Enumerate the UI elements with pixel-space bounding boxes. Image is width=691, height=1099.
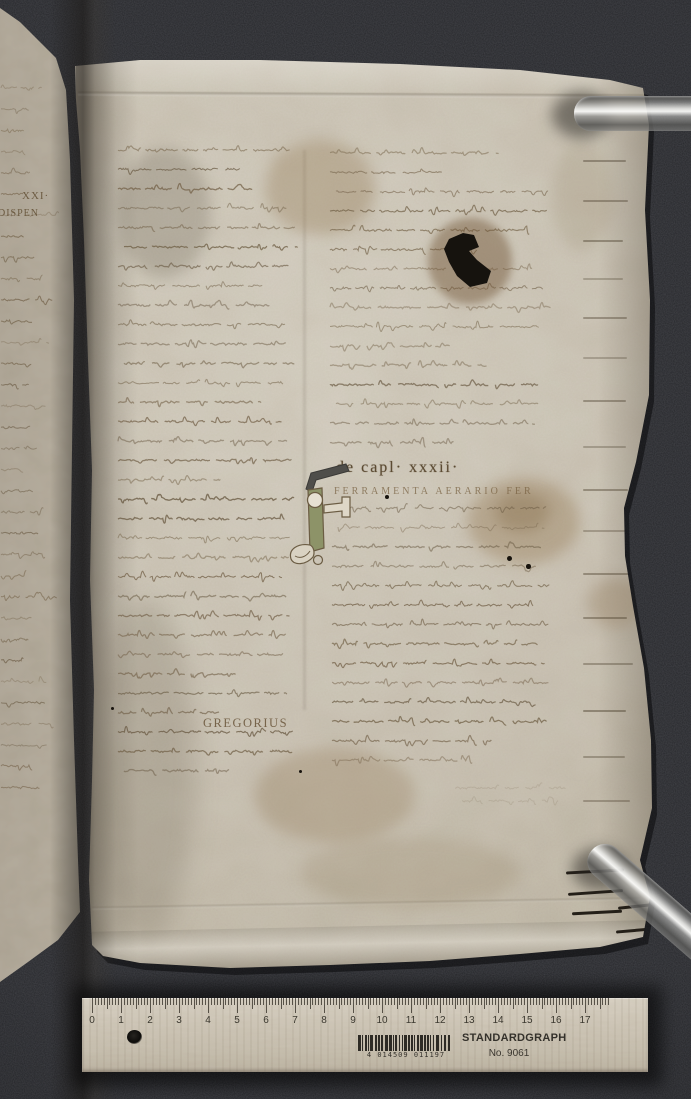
barcode-bar bbox=[365, 1035, 367, 1051]
ruler-number: 7 bbox=[286, 1015, 304, 1026]
facing-text-line bbox=[1, 723, 53, 728]
facing-text-line bbox=[1, 552, 45, 559]
ink-dots bbox=[0, 0, 691, 1099]
barcode-bar bbox=[411, 1035, 413, 1051]
ruler-number: 12 bbox=[431, 1015, 449, 1026]
barcode-bar bbox=[441, 1035, 442, 1051]
ink-dot bbox=[385, 495, 389, 499]
barcode-bar bbox=[427, 1035, 429, 1051]
barcode-bar bbox=[436, 1035, 439, 1051]
facing-text-line bbox=[1, 446, 37, 449]
facing-text-line bbox=[1, 638, 28, 642]
facing-text-line bbox=[1, 193, 23, 194]
facing-text-line bbox=[1, 592, 57, 600]
barcode-bar bbox=[381, 1035, 383, 1051]
barcode-bar bbox=[385, 1035, 388, 1051]
facing-text-line bbox=[1, 257, 34, 263]
barcode bbox=[358, 1035, 454, 1052]
barcode-bar bbox=[404, 1035, 407, 1051]
facing-text-line bbox=[1, 702, 52, 708]
facing-text-line bbox=[1, 658, 23, 663]
page-weight-rod-top bbox=[574, 96, 691, 131]
barcode-bar bbox=[399, 1035, 400, 1051]
barcode-bar bbox=[430, 1035, 431, 1051]
barcode-bar bbox=[370, 1035, 373, 1051]
ruler-number: 16 bbox=[547, 1015, 565, 1026]
barcode-bar bbox=[358, 1035, 361, 1051]
barcode-bar bbox=[444, 1035, 446, 1051]
facing-page-rubric-numeral: XXI· bbox=[22, 190, 49, 202]
barcode-bar bbox=[375, 1035, 377, 1051]
ruler-number: 1 bbox=[112, 1015, 130, 1026]
model-label: No. 9061 bbox=[462, 1048, 556, 1059]
facing-text-line bbox=[1, 677, 46, 684]
ruler-number: 15 bbox=[518, 1015, 536, 1026]
facing-text-line bbox=[1, 151, 25, 155]
barcode-bar bbox=[448, 1035, 450, 1051]
facing-text-line bbox=[1, 384, 29, 389]
ruler-number: 4 bbox=[199, 1015, 217, 1026]
photo-stage: XXI· DISPEN bbox=[0, 0, 691, 1099]
manuscript-page: de capl· xxxii· FERRAMENTA AERARIO FER G… bbox=[0, 0, 691, 1099]
facing-text-line bbox=[1, 571, 26, 580]
barcode-bar bbox=[378, 1035, 380, 1051]
ruler-number: 13 bbox=[460, 1015, 478, 1026]
facing-text-line bbox=[1, 129, 30, 132]
ruler-number: 9 bbox=[344, 1015, 362, 1026]
ruler: 01234567891011121314151617 4 014509 0111… bbox=[82, 998, 648, 1072]
ruler-number: 10 bbox=[373, 1015, 391, 1026]
facing-text-line bbox=[1, 617, 38, 620]
facing-text-line bbox=[1, 338, 49, 345]
ruler-number: 17 bbox=[576, 1015, 594, 1026]
ruler-number: 6 bbox=[257, 1015, 275, 1026]
barcode-bar bbox=[393, 1035, 394, 1051]
barcode-bar bbox=[389, 1035, 392, 1051]
barcode-bar bbox=[402, 1035, 403, 1051]
barcode-bar bbox=[417, 1035, 419, 1051]
facing-text-line bbox=[1, 426, 30, 429]
barcode-bar bbox=[414, 1035, 415, 1051]
ruler-number: 8 bbox=[315, 1015, 333, 1026]
barcode-bar bbox=[408, 1035, 410, 1051]
ruler-number: 3 bbox=[170, 1015, 188, 1026]
ruler-number: 0 bbox=[83, 1015, 101, 1026]
barcode-bar bbox=[433, 1035, 434, 1051]
ink-dot bbox=[299, 770, 302, 773]
facing-text-line bbox=[1, 85, 42, 90]
facing-text-line bbox=[1, 108, 29, 113]
ruler-number: 11 bbox=[402, 1015, 420, 1026]
facing-text-line bbox=[1, 296, 57, 305]
facing-text-line bbox=[1, 236, 24, 238]
ruler-number: 2 bbox=[141, 1015, 159, 1026]
facing-text-line bbox=[1, 508, 43, 515]
barcode-bar bbox=[420, 1035, 423, 1051]
ink-dot bbox=[507, 556, 512, 561]
barcode-digits: 4 014509 011197 bbox=[354, 1051, 458, 1059]
facing-text-line bbox=[1, 275, 48, 282]
brand-label: STANDARDGRAPH bbox=[462, 1032, 562, 1044]
barcode-bar bbox=[424, 1035, 426, 1051]
facing-text-line bbox=[1, 405, 51, 410]
facing-text-line bbox=[1, 320, 37, 324]
ruler-number: 14 bbox=[489, 1015, 507, 1026]
facing-text-line bbox=[1, 168, 37, 174]
ink-dot bbox=[111, 707, 114, 710]
facing-text-line bbox=[1, 744, 53, 748]
facing-text-line bbox=[1, 532, 38, 534]
barcode-bar bbox=[368, 1035, 369, 1051]
facing-text-line bbox=[1, 490, 33, 494]
barcode-bar bbox=[395, 1035, 397, 1051]
facing-text-line bbox=[1, 363, 31, 367]
facing-text-line bbox=[1, 469, 23, 473]
facing-text-line bbox=[1, 765, 32, 770]
facing-text-line bbox=[1, 786, 46, 788]
ink-dot bbox=[526, 564, 531, 569]
ruler-hole bbox=[127, 1030, 142, 1044]
ruler-number: 5 bbox=[228, 1015, 246, 1026]
barcode-bar bbox=[362, 1035, 363, 1051]
facing-page-rubric-word: DISPEN bbox=[0, 208, 39, 219]
